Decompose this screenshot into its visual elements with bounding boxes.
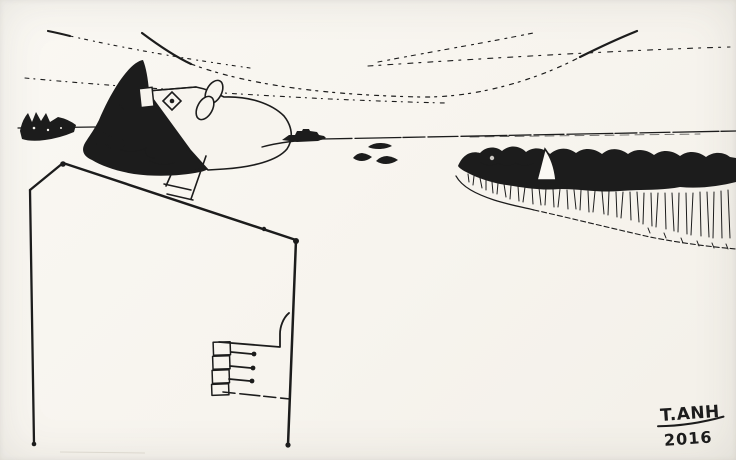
- collar-line-top: [164, 184, 191, 190]
- left-rocky-islet: [18, 112, 95, 141]
- house-wall-right: [288, 240, 296, 445]
- finger-pin-1: [231, 352, 252, 354]
- finger-tab-1: [213, 342, 230, 356]
- water-mark-3: [376, 156, 398, 164]
- cheek-dot: [156, 135, 160, 139]
- contrail-dashed: [378, 32, 538, 62]
- contrail-dashed: [368, 47, 730, 66]
- finger-pin-2: [230, 366, 251, 368]
- horizon-line-far: [322, 131, 736, 139]
- ink-drawing: T.ANH 2016: [0, 0, 736, 460]
- wooded-island: [456, 147, 736, 249]
- roof-corner-joint: [293, 238, 299, 244]
- wall-end-blot: [32, 442, 37, 447]
- wall-end-blot: [285, 442, 290, 447]
- islet-rock: [20, 112, 76, 141]
- finger-tab-2: [213, 356, 230, 370]
- rock-speckle: [33, 127, 36, 130]
- house-wall-left: [30, 190, 34, 444]
- pin-head-2: [251, 366, 256, 371]
- rock-speckle: [60, 127, 62, 129]
- finger-pin-3: [229, 379, 250, 381]
- contrail-stroke: [48, 31, 70, 36]
- hand-bottom-line: [223, 392, 290, 399]
- roof-peak-joint: [60, 161, 66, 167]
- signature-year: 2016: [663, 427, 713, 449]
- signature-name: T.ANH: [660, 402, 721, 426]
- water-mark-1: [368, 143, 392, 149]
- forehead-tab: [139, 87, 154, 107]
- pin-head-3: [250, 379, 255, 384]
- house-shaped-body: [30, 161, 299, 447]
- contrail-dashed: [191, 57, 580, 97]
- shoreline-dotted: [534, 210, 736, 249]
- finger-tab-4: [212, 384, 229, 396]
- water-mark-2: [353, 153, 372, 161]
- pin-head-1: [252, 352, 257, 357]
- rock-speckle: [47, 129, 49, 131]
- paper-canvas: T.ANH 2016: [0, 0, 736, 460]
- house-roof-left: [30, 163, 63, 190]
- contrail-stroke: [142, 33, 191, 64]
- roof-edge-joint: [262, 227, 266, 231]
- contrail-dashed: [70, 36, 250, 68]
- comb-hand: [210, 313, 290, 399]
- paper-smudge: [60, 452, 145, 453]
- figure-head: [83, 60, 291, 176]
- finger-tab-3: [212, 370, 229, 384]
- tree-gap-dot: [490, 156, 494, 160]
- artist-signature: T.ANH 2016: [657, 402, 726, 450]
- sail-hull-gap: [527, 182, 562, 183]
- eye-pupil: [170, 99, 175, 104]
